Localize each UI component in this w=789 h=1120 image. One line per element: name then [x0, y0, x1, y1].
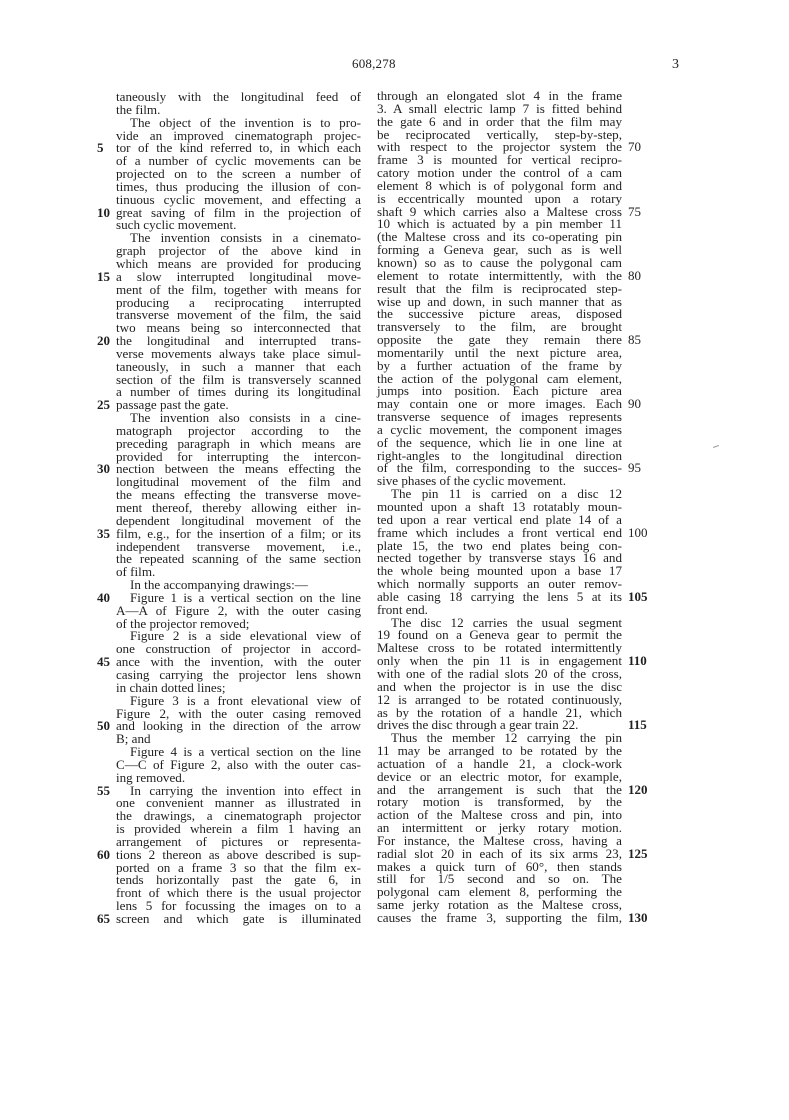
line-text: and looking in the direction of the arro…: [116, 718, 361, 733]
line-number: 80: [628, 270, 641, 283]
line-number: 50: [97, 720, 110, 733]
line-number: 125: [628, 848, 648, 861]
line-text: screen and which gate is illuminated: [116, 911, 361, 926]
scan-speck: [713, 445, 719, 448]
line-number: 90: [628, 398, 641, 411]
line-number: 110: [628, 655, 647, 668]
line-number: 115: [628, 719, 647, 732]
line-number: 20: [97, 335, 110, 348]
line-text: causes the frame 3, supporting the film,: [377, 910, 622, 925]
line-number: 25: [97, 399, 110, 412]
line-number: 75: [628, 206, 641, 219]
line-number: 40: [97, 592, 110, 605]
page-header: 608,278 3: [0, 56, 789, 76]
line-number: 55: [97, 785, 110, 798]
text-line: screen and which gate is illuminated65: [116, 913, 361, 926]
line-number: 60: [97, 849, 110, 862]
line-number: 70: [628, 141, 641, 154]
line-number: 95: [628, 462, 641, 475]
text-line: causes the frame 3, supporting the film,…: [377, 912, 622, 925]
line-number: 10: [97, 207, 110, 220]
line-number: 45: [97, 656, 110, 669]
patent-number: 608,278: [352, 56, 396, 72]
line-number: 120: [628, 784, 648, 797]
line-number: 85: [628, 334, 641, 347]
left-text-column: taneously with the longitudinal feed oft…: [116, 91, 361, 926]
page-number: 3: [672, 57, 679, 73]
line-number: 105: [628, 591, 648, 604]
text-line: and looking in the direction of the arro…: [116, 720, 361, 733]
line-number: 100: [628, 527, 648, 540]
line-number: 35: [97, 528, 110, 541]
line-number: 65: [97, 913, 110, 926]
line-number: 130: [628, 912, 648, 925]
right-text-column: through an elongated slot 4 in the frame…: [377, 90, 622, 925]
line-number: 5: [97, 142, 104, 155]
line-number: 30: [97, 463, 110, 476]
line-number: 15: [97, 271, 110, 284]
